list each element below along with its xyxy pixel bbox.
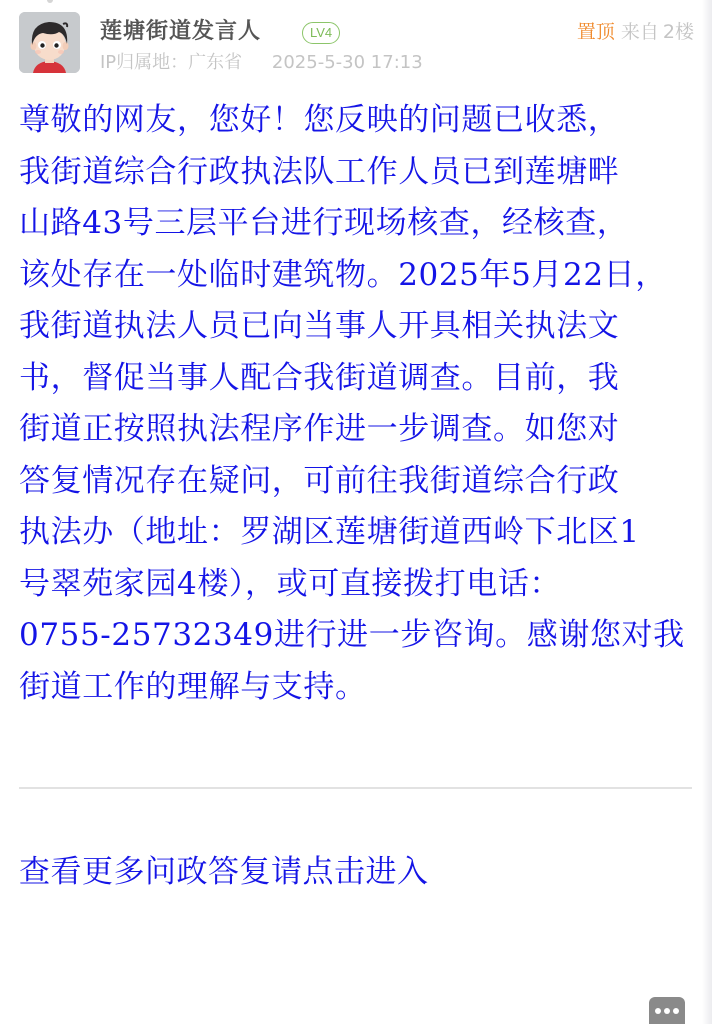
pinned-badge: 置顶 <box>577 21 615 43</box>
from-label: 来自 <box>621 21 659 43</box>
post-floor-info: 置顶来自2楼 <box>577 20 694 44</box>
body-line: 我街道执法人员已向当事人开具相关执法文 <box>19 301 691 353</box>
floor-number: 2楼 <box>663 21 694 43</box>
body-line: 山路43号三层平台进行现场核查，经核查， <box>19 198 691 250</box>
ip-location: IP归属地：广东省 <box>100 52 242 73</box>
chat-bubble-ellipsis-icon[interactable] <box>649 997 685 1024</box>
body-line: 我街道综合行政执法队工作人员已到莲塘畔 <box>19 147 691 199</box>
body-line: 书，督促当事人配合我街道调查。目前，我 <box>19 353 691 405</box>
body-line: 号翠苑家园4楼），或可直接拨打电话： <box>19 559 691 611</box>
body-line: 街道正按照执法程序作进一步调查。如您对 <box>19 404 691 456</box>
author-name[interactable]: 莲塘街道发言人 <box>100 19 261 45</box>
top-scroll-indicator <box>47 0 53 3</box>
post-body: 尊敬的网友，您好！您反映的问题已收悉， 我街道综合行政执法队工作人员已到莲塘畔 … <box>19 95 691 713</box>
more-replies-link[interactable]: 查看更多问政答复请点击进入 <box>19 850 429 894</box>
body-line: 街道工作的理解与支持。 <box>19 662 691 714</box>
avatar[interactable] <box>19 12 80 73</box>
cartoon-boy-avatar-icon <box>19 12 80 73</box>
dot <box>655 1008 661 1014</box>
level-badge: LV4 <box>302 22 340 44</box>
post-header: 莲塘街道发言人 LV4 IP归属地：广东省 2025-5-30 17:13 置顶… <box>19 12 694 74</box>
body-line: 答复情况存在疑问，可前往我街道综合行政 <box>19 456 691 508</box>
dot <box>664 1008 670 1014</box>
right-edge-shadow <box>702 0 712 1024</box>
body-line: 尊敬的网友，您好！您反映的问题已收悉， <box>19 95 691 147</box>
dot <box>673 1008 679 1014</box>
post-timestamp: 2025-5-30 17:13 <box>272 52 423 73</box>
content-divider <box>19 787 692 789</box>
post-meta: IP归属地：广东省 2025-5-30 17:13 <box>100 52 423 74</box>
body-line: 执法办（地址：罗湖区莲塘街道西岭下北区1 <box>19 507 691 559</box>
body-line: 0755-25732349进行进一步咨询。感谢您对我 <box>19 610 691 662</box>
body-line: 该处存在一处临时建筑物。2025年5月22日， <box>19 250 691 302</box>
